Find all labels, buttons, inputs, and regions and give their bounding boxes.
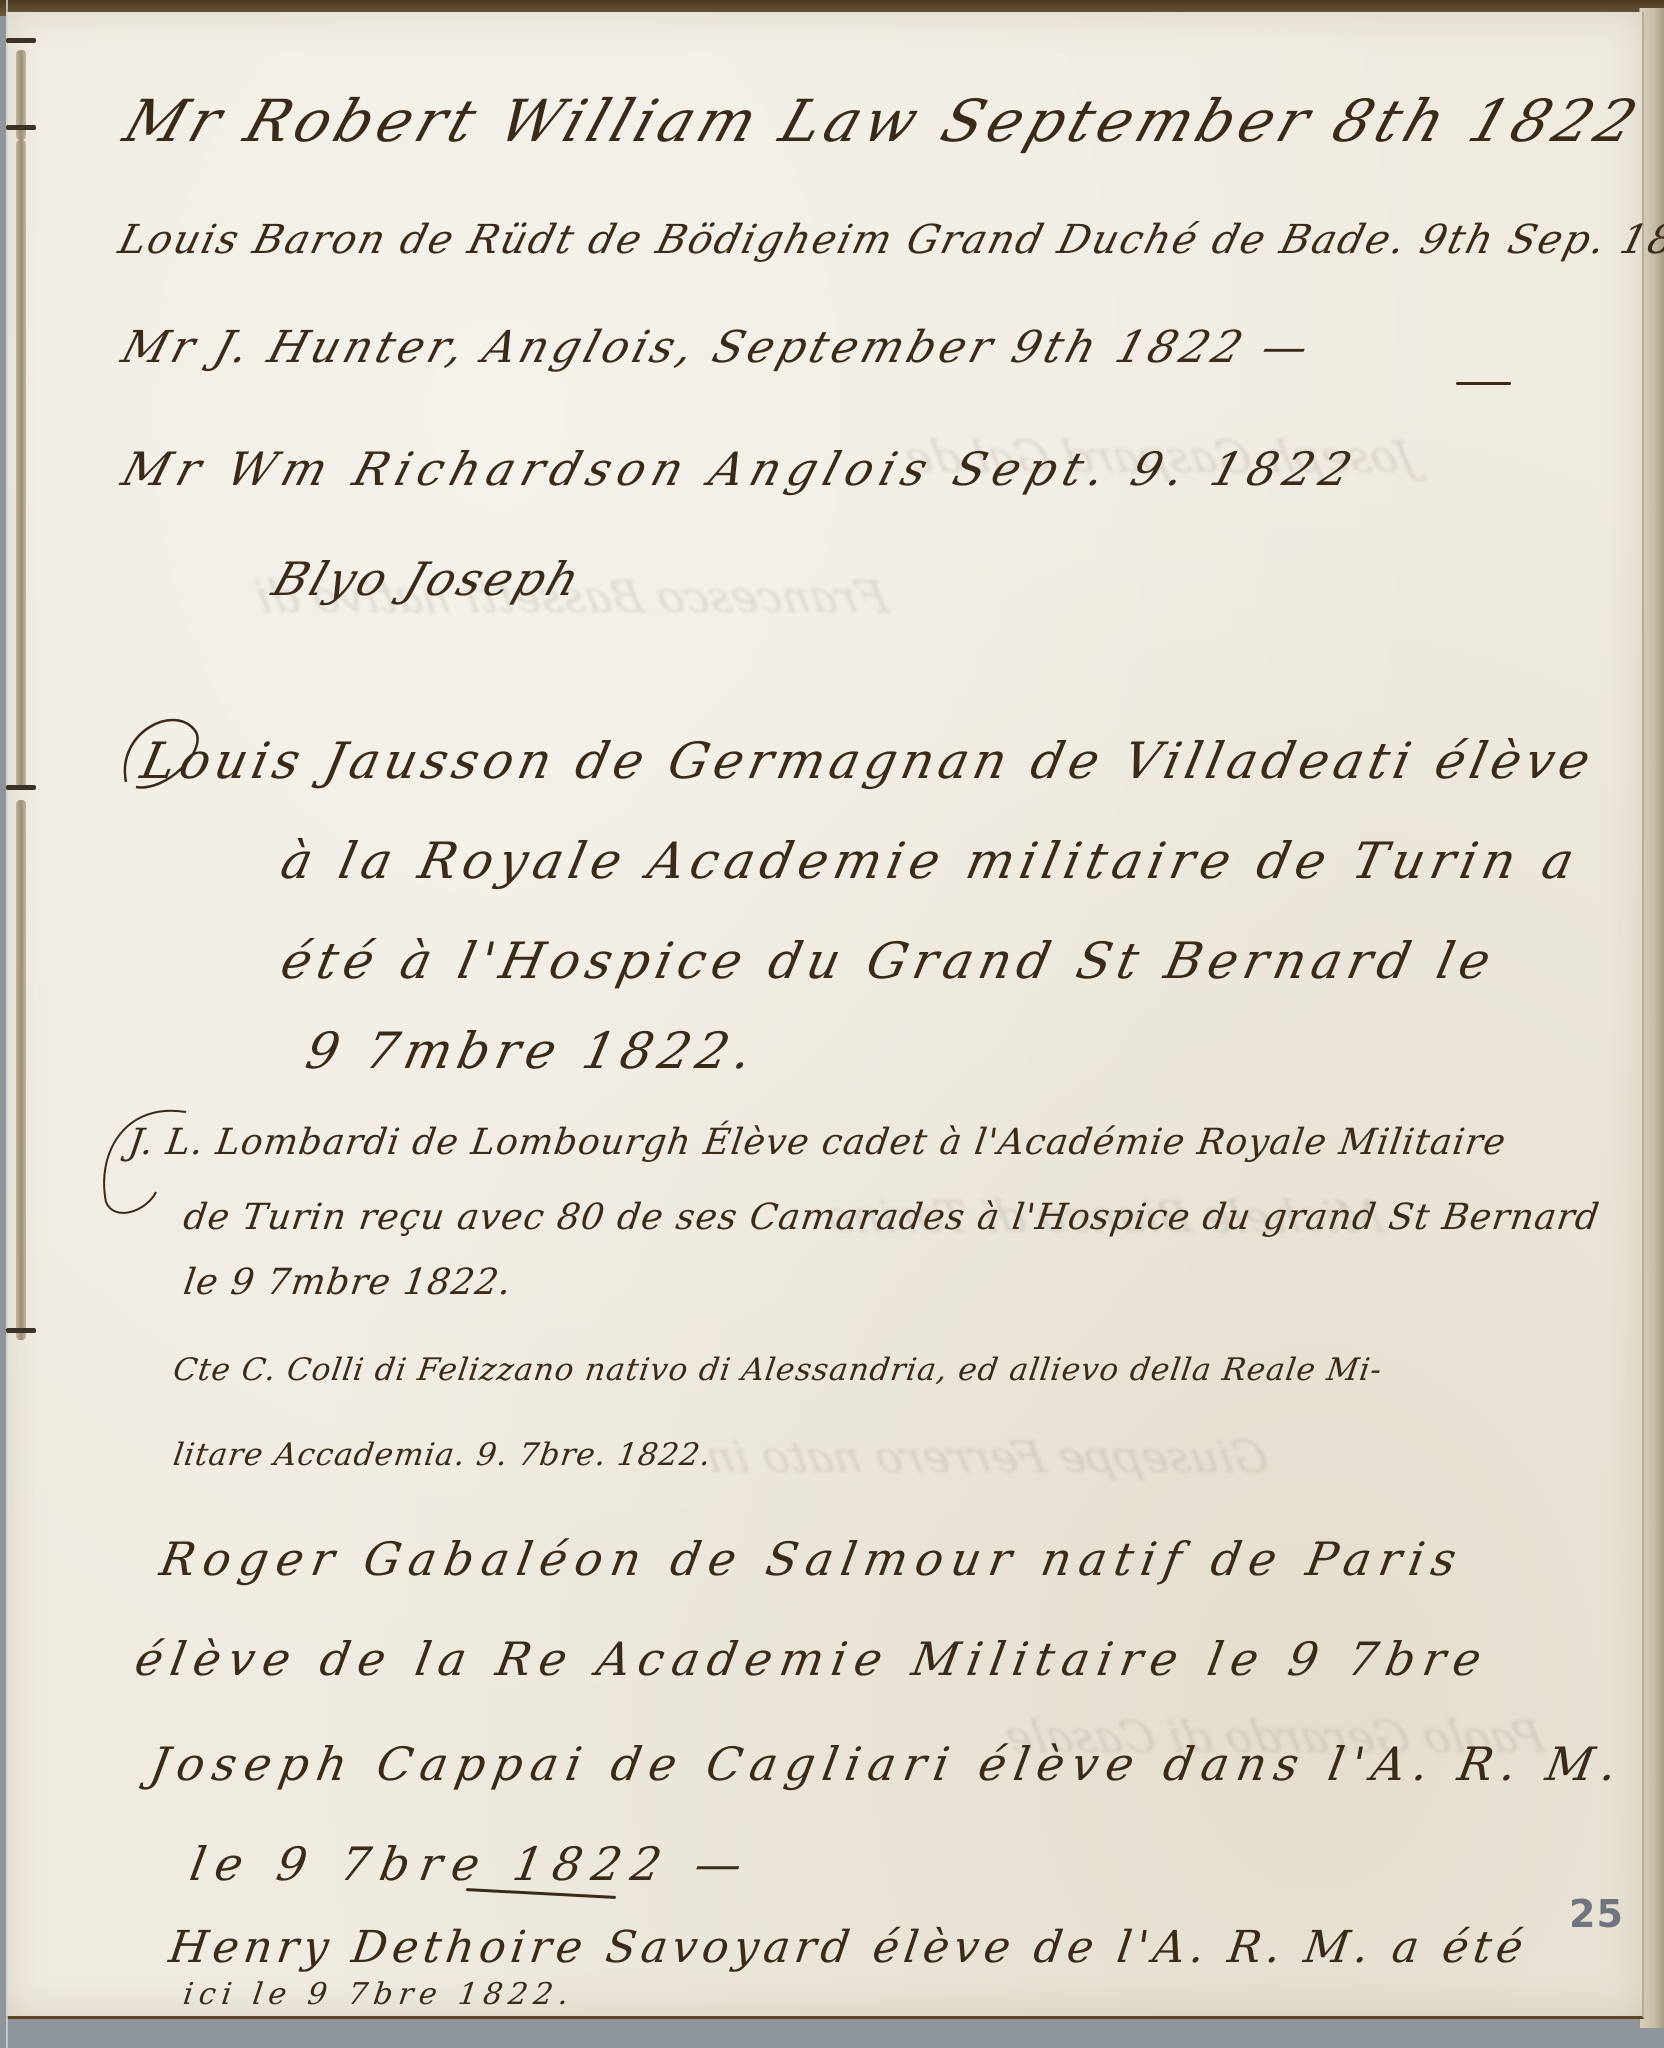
register-entry-dethoire-line-2: ici le 9 7bre 1822. [181,1977,577,2012]
entry-text: Joseph Cappai de Cagliari élève dans l'A… [146,1737,1629,1791]
entry-text: litare Accademia. 9. 7bre. 1822. [171,1437,714,1473]
binding-thread-line [6,0,8,2048]
entry-text: le 9 7mbre 1822. [181,1262,514,1303]
entry-text: élève de la Re Academie Militaire le 9 7… [131,1632,1493,1686]
register-entry-joseph: Blyo Joseph [266,552,589,606]
register-entry-lombardi-line-3: le 9 7mbre 1822. [181,1262,514,1303]
entry-text: Mr J. Hunter, Anglois, September 9th 182… [116,322,1318,373]
entry-text: Mr Robert William Law September 8th 1822 [116,87,1650,155]
entry-text: 9 7mbre 1822. [301,1022,763,1080]
entry-text: Mr Wm Richardson Anglois Sept. 9. 1822 [116,442,1365,496]
binding-stitch [6,125,36,130]
register-entry-lombardi-line-1: J. L. Lombardi de Lombourgh Élève cadet … [126,1122,1509,1163]
register-entry-salmour-line-1: Roger Gabaléon de Salmour natif de Paris [156,1532,1468,1586]
entry-text: ici le 9 7bre 1822. [181,1977,577,2012]
binding-stitch [6,1328,36,1333]
page-number: 25 [1569,1892,1624,1936]
register-entry-hunter: Mr J. Hunter, Anglois, September 9th 182… [116,322,1318,373]
binding-thread [16,140,26,790]
register-entry-colli-line-2: litare Accademia. 9. 7bre. 1822. [171,1437,714,1473]
entry-text: Cte C. Colli di Felizzano nativo di Ales… [171,1352,1385,1388]
register-entry-villadeati-line-1: Louis Jausson de Germagnan de Villadeati… [136,732,1600,790]
register-entry-villadeati-line-4: 9 7mbre 1822. [301,1022,763,1080]
register-entry-rudt: Louis Baron de Rüdt de Bödigheim Grand D… [114,217,1664,263]
entry-text: Henry Dethoire Savoyard élève de l'A. R.… [166,1922,1531,1973]
book-binding [10,30,32,2000]
entry-text: de Turin reçu avec 80 de ses Camarades à… [181,1197,1602,1238]
entry-text: Blyo Joseph [266,552,589,606]
register-entry-cappai-line-1: Joseph Cappai de Cagliari élève dans l'A… [146,1737,1629,1791]
register-entry-villadeati-line-3: été à l'Hospice du Grand St Bernard le [276,932,1502,990]
register-entry-law: Mr Robert William Law September 8th 1822 [116,87,1650,155]
entry-text: Louis Jausson de Germagnan de Villadeati… [136,732,1600,790]
binding-stitch [6,785,36,790]
register-entry-salmour-line-2: élève de la Re Academie Militaire le 9 7… [131,1632,1493,1686]
register-entry-colli-line-1: Cte C. Colli di Felizzano nativo di Ales… [171,1352,1385,1388]
binding-stitch [6,38,36,43]
binding-thread [16,800,26,1340]
entry-text: J. L. Lombardi de Lombourgh Élève cadet … [126,1122,1509,1163]
scan-frame: Francesco Bassetti nativo di Joseph Gasp… [0,0,1664,2048]
register-entry-cappai-line-2: le 9 7bre 1822 — [186,1837,756,1891]
register-entry-villadeati-line-2: à la Royale Academie militaire de Turin … [276,832,1585,890]
entry-text: Louis Baron de Rüdt de Bödigheim Grand D… [114,217,1664,263]
register-entry-richardson: Mr Wm Richardson Anglois Sept. 9. 1822 [116,442,1365,496]
entry-text: le 9 7bre 1822 — [186,1837,756,1891]
register-page: Francesco Bassetti nativo di Joseph Gasp… [6,12,1644,2019]
register-entry-dethoire-line-1: Henry Dethoire Savoyard élève de l'A. R.… [166,1922,1531,1973]
entry-text: Roger Gabaléon de Salmour natif de Paris [156,1532,1468,1586]
entry-end-dash [1456,382,1511,385]
bleed-through-text: Giuseppe Ferrero nato in [701,1432,1273,1483]
entry-text: été à l'Hospice du Grand St Bernard le [276,932,1502,990]
register-entry-lombardi-line-2: de Turin reçu avec 80 de ses Camarades à… [181,1197,1602,1238]
entry-text: à la Royale Academie militaire de Turin … [276,832,1585,890]
